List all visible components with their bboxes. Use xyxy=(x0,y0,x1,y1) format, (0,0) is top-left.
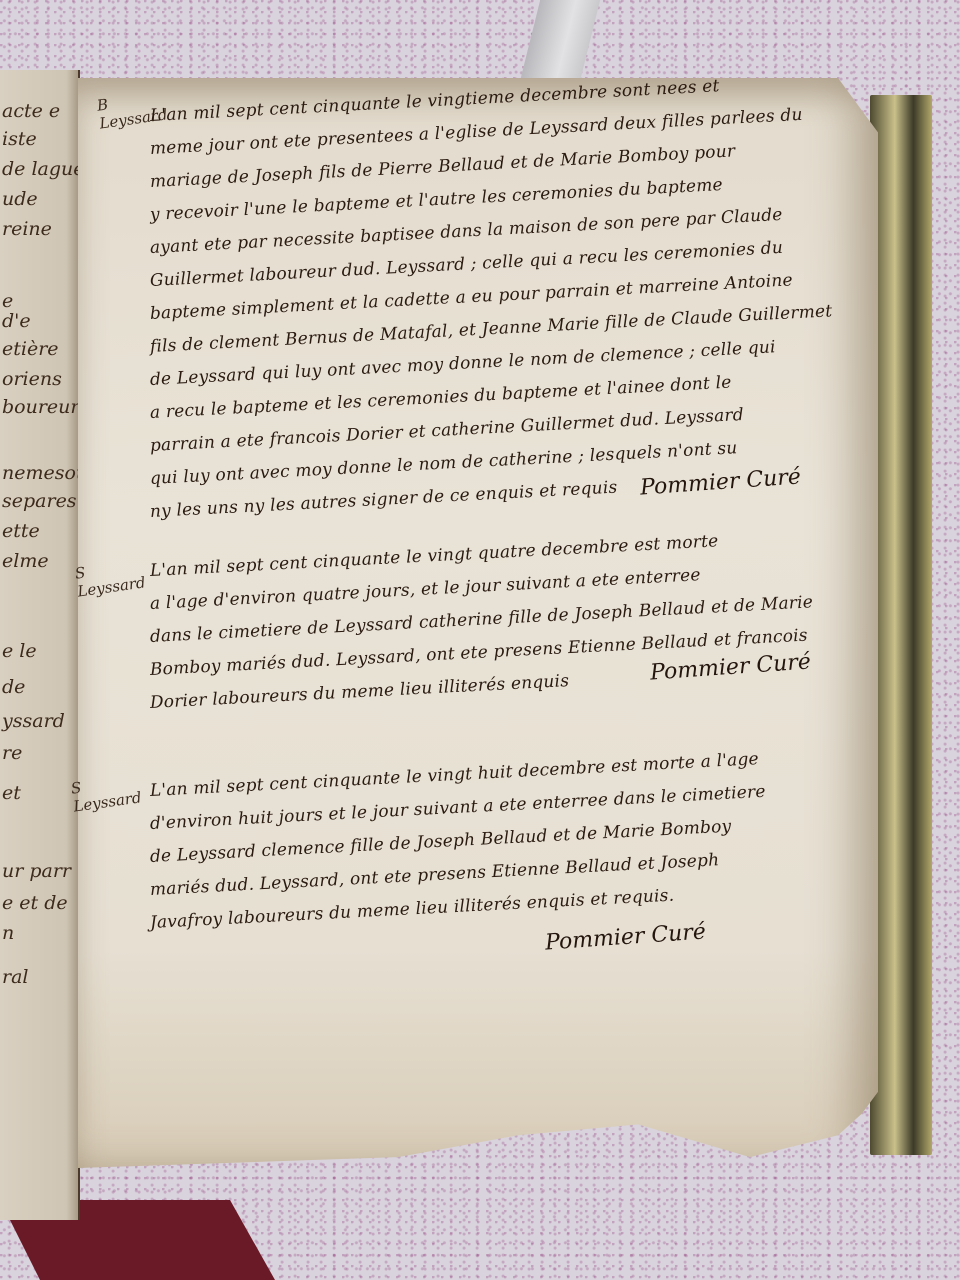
metal-clip xyxy=(520,0,600,82)
left-page-fragment: acte e xyxy=(2,100,60,122)
left-page: acte eistede lagueuudereineed'eetièreori… xyxy=(0,70,80,1220)
left-page-fragment: et xyxy=(2,782,21,804)
left-page-fragment: ur parr xyxy=(2,860,71,882)
left-page-fragment: e xyxy=(2,290,13,312)
left-page-fragment: e et de xyxy=(2,892,68,914)
left-page-fragment: ette xyxy=(2,520,40,542)
left-page-fragment: reine xyxy=(2,218,52,240)
left-page-fragment: oriens xyxy=(2,368,62,390)
left-page-fragment: de xyxy=(2,676,25,698)
left-page-fragment: e le xyxy=(2,640,37,662)
left-page-fragment: d'e xyxy=(2,310,31,332)
left-page-fragment: re xyxy=(2,742,22,764)
register-entry-1: L'an mil sept cent cinquante le vingtiem… xyxy=(150,100,850,529)
left-page-fragment: boureurs xyxy=(2,396,80,418)
left-page-fragment: separes xyxy=(2,490,77,512)
register-entry-2: L'an mil sept cent cinquante le vingt qu… xyxy=(150,555,850,720)
left-page-fragment: n xyxy=(2,922,14,944)
left-page-fragment: etière xyxy=(2,338,59,360)
left-page-fragment: yssard xyxy=(2,710,65,732)
book-cover-edge xyxy=(870,95,932,1155)
left-page-fragment: nemesour xyxy=(2,462,80,484)
register-entry-3: L'an mil sept cent cinquante le vingt hu… xyxy=(150,775,850,940)
left-page-fragment: iste xyxy=(2,128,37,150)
left-page-fragment: ude xyxy=(2,188,38,210)
left-page-fragment: ral xyxy=(2,966,29,988)
left-page-fragment: elme xyxy=(2,550,49,572)
left-page-fragment: de lagueu xyxy=(2,158,80,180)
